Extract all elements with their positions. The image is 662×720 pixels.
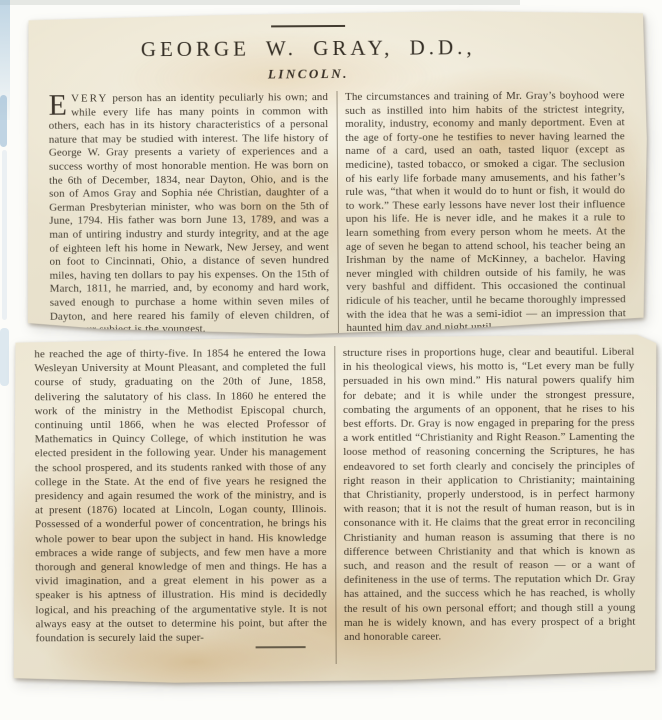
section-rule — [271, 25, 345, 27]
clipping-paper-top: GEORGE W. GRAY, D.D., LINCOLN. EVERY per… — [26, 10, 648, 336]
article-column-left: EVERY person has an identity peculiarly … — [41, 91, 338, 336]
scan-artifact-blue — [0, 0, 10, 120]
newspaper-clipping-top: GEORGE W. GRAY, D.D., LINCOLN. EVERY per… — [26, 10, 648, 336]
article-column-right: The circumstances and training of Mr. Gr… — [337, 89, 634, 336]
article-column-left: he reached the age of thirty-five. In 18… — [26, 346, 335, 665]
article-title: GEORGE W. GRAY, D.D., — [26, 34, 646, 63]
scan-artifact-blue — [2, 150, 7, 320]
scanned-page: GEORGE W. GRAY, D.D., LINCOLN. EVERY per… — [0, 0, 662, 720]
column-text: he reached the age of thirty-five. In 18… — [34, 347, 327, 644]
column-text: person has an identity peculiarly his ow… — [49, 91, 330, 336]
newspaper-clipping-bottom: he reached the age of thirty-five. In 18… — [12, 335, 658, 684]
article-subtitle: LINCOLN. — [26, 64, 646, 84]
article-columns-bottom: he reached the age of thirty-five. In 18… — [12, 345, 657, 666]
scan-artifact-blue — [0, 328, 9, 386]
scan-edge-shadow — [0, 0, 520, 5]
article-column-right: structure rises in proportions huge, cle… — [335, 345, 644, 664]
article-columns-top: EVERY person has an identity peculiarly … — [27, 89, 648, 336]
column-text: structure rises in proportions huge, cle… — [343, 346, 636, 643]
clipping-paper-bottom: he reached the age of thirty-five. In 18… — [12, 335, 658, 684]
lead-in-word: VERY — [71, 92, 108, 104]
article-end-rule — [256, 646, 306, 648]
scan-artifact-blue — [0, 95, 7, 147]
column-text: The circumstances and training of Mr. Gr… — [345, 89, 626, 334]
drop-cap: E — [49, 93, 72, 117]
